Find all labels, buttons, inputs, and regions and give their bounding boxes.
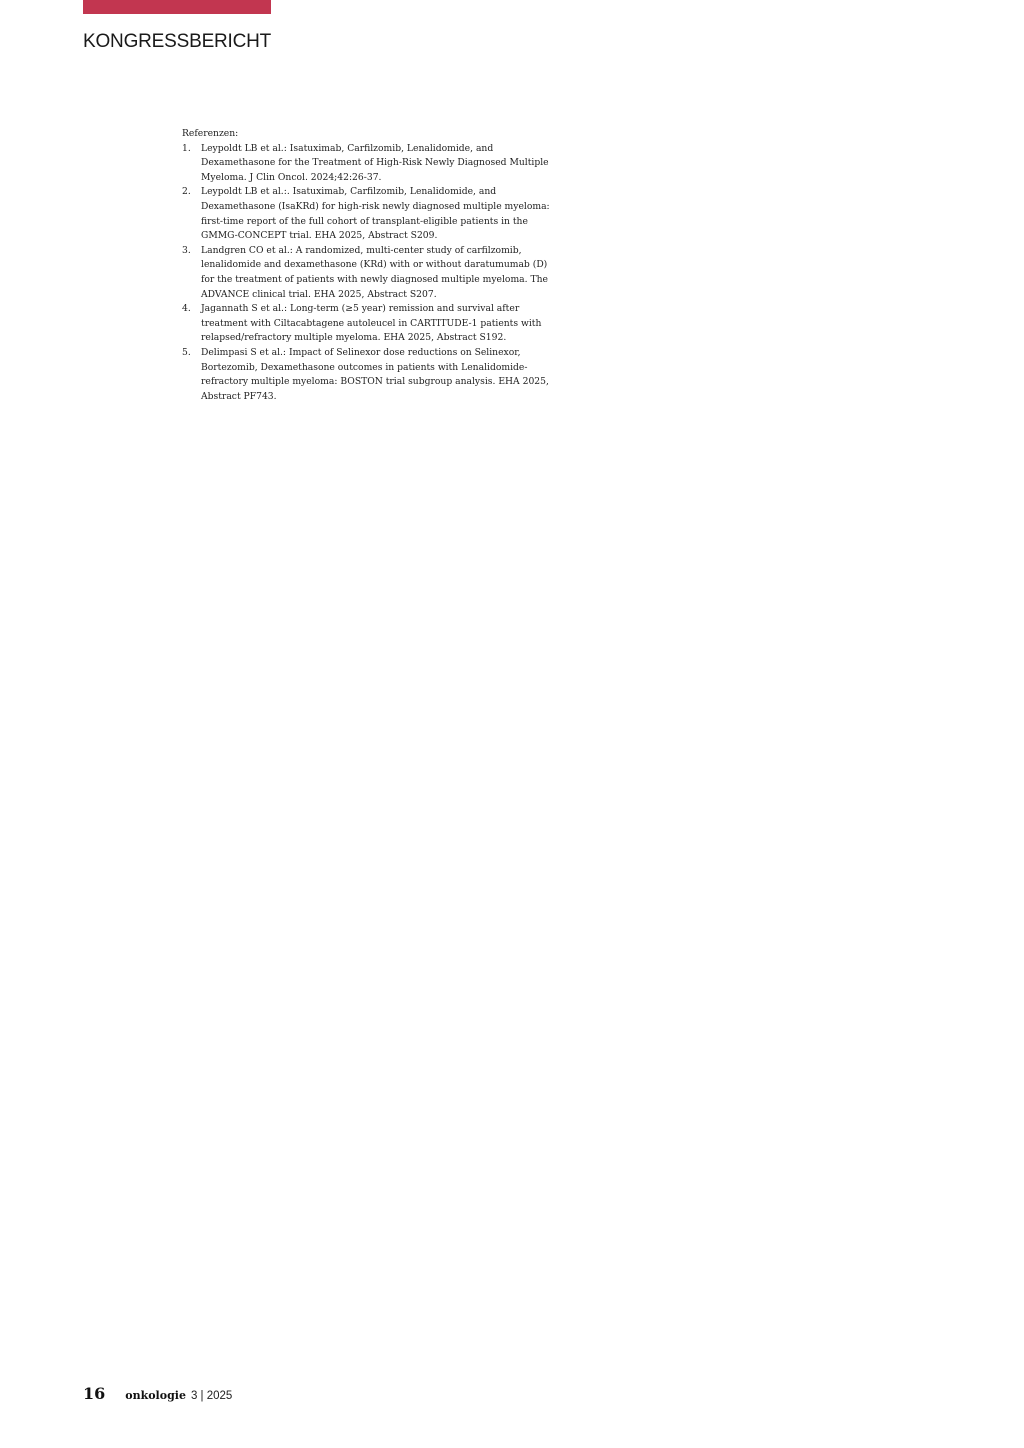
references-block: Referenzen: 1. Leypoldt LB et al.: Isatu… <box>182 127 552 404</box>
reference-number: 5. <box>182 346 191 361</box>
reference-text: Delimpasi S et al.: Impact of Selinexor … <box>201 347 549 402</box>
page-footer: 16 onkologie 3 | 2025 <box>83 1384 232 1403</box>
reference-item: 5. Delimpasi S et al.: Impact of Selinex… <box>182 346 552 404</box>
section-label: KONGRESSBERICHT <box>83 31 271 53</box>
journal-name: onkologie <box>125 1389 186 1402</box>
reference-text: Leypoldt LB et al.:. Isatuximab, Carfilz… <box>201 186 550 241</box>
references-heading: Referenzen: <box>182 127 552 142</box>
reference-item: 1. Leypoldt LB et al.: Isatuximab, Carfi… <box>182 142 552 186</box>
section-accent-bar <box>83 0 271 14</box>
reference-text: Leypoldt LB et al.: Isatuximab, Carfilzo… <box>201 143 549 183</box>
reference-item: 3. Landgren CO et al.: A randomized, mul… <box>182 244 552 302</box>
reference-item: 2. Leypoldt LB et al.:. Isatuximab, Carf… <box>182 185 552 243</box>
reference-number: 3. <box>182 244 191 259</box>
reference-number: 2. <box>182 185 191 200</box>
reference-number: 4. <box>182 302 191 317</box>
reference-number: 1. <box>182 142 191 157</box>
references-list: 1. Leypoldt LB et al.: Isatuximab, Carfi… <box>182 142 552 405</box>
reference-item: 4. Jagannath S et al.: Long-term (≥5 yea… <box>182 302 552 346</box>
page-number: 16 <box>83 1384 105 1403</box>
reference-text: Jagannath S et al.: Long-term (≥5 year) … <box>201 303 541 343</box>
reference-text: Landgren CO et al.: A randomized, multi-… <box>201 245 548 300</box>
issue-label: 3 | 2025 <box>191 1390 232 1402</box>
